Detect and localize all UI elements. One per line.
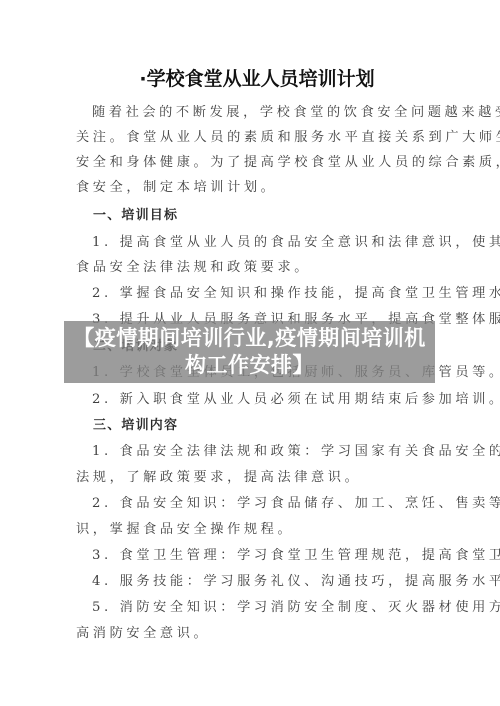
section-line: 2. 食品安全知识：学习食品储存、加工、烹饪、售卖等方面的知 xyxy=(92,494,442,514)
section-line: 1. 食品安全法律法规和政策：学习国家有关食品安全的相关法律 xyxy=(92,442,442,462)
section-line: 3. 食堂卫生管理：学习食堂卫生管理规范，提高食堂卫生水平。 xyxy=(92,546,442,566)
document-page: ·学校食堂从业人员培训计划 随着社会的不断发展，学校食堂的饮食安全问题越来越受到… xyxy=(0,0,500,706)
section-line: 2. 掌握食品安全知识和操作技能，提高食堂卫生管理水平。 xyxy=(92,284,442,304)
intro-line: 食安全，制定本培训计划。 xyxy=(76,178,426,198)
section-line: 高消防安全意识。 xyxy=(76,624,426,644)
section-line: 4. 服务技能：学习服务礼仪、沟通技巧，提高服务水平。 xyxy=(92,572,442,592)
section-line: 法规，了解政策要求，提高法律意识。 xyxy=(76,468,426,488)
section-heading-content: 三、培训内容 xyxy=(93,416,178,436)
section-line: 识，掌握食品安全操作规程。 xyxy=(76,520,426,540)
section-line: 1. 提高食堂从业人员的食品安全意识和法律意识，使其充分了解 xyxy=(92,233,442,253)
overlay-headline-line-1: 【疫情期间培训行业,疫情期间培训机 xyxy=(73,325,425,352)
intro-line: 随着社会的不断发展，学校食堂的饮食安全问题越来越受到广泛 xyxy=(92,103,442,123)
document-title: ·学校食堂从业人员培训计划 xyxy=(0,66,500,92)
intro-line: 关注。食堂从业人员的素质和服务水平直接关系到广大师生的饮食 xyxy=(76,128,426,148)
section-line: 食品安全法律法规和政策要求。 xyxy=(76,258,426,278)
intro-line: 安全和身体健康。为了提高学校食堂从业人员的综合素质，确保饮 xyxy=(76,153,426,173)
overlay-headline-line-2: 构工作安排】 xyxy=(185,352,314,379)
section-line: 5. 消防安全知识：学习消防安全制度、灭火器材使用方法等，提 xyxy=(92,598,442,618)
section-heading-goals: 一、培训目标 xyxy=(93,206,178,226)
headline-overlay-banner: 【疫情期间培训行业,疫情期间培训机 构工作安排】 xyxy=(64,321,435,383)
section-line: 2. 新入职食堂从业人员必须在试用期结束后参加培训。 xyxy=(92,390,442,410)
